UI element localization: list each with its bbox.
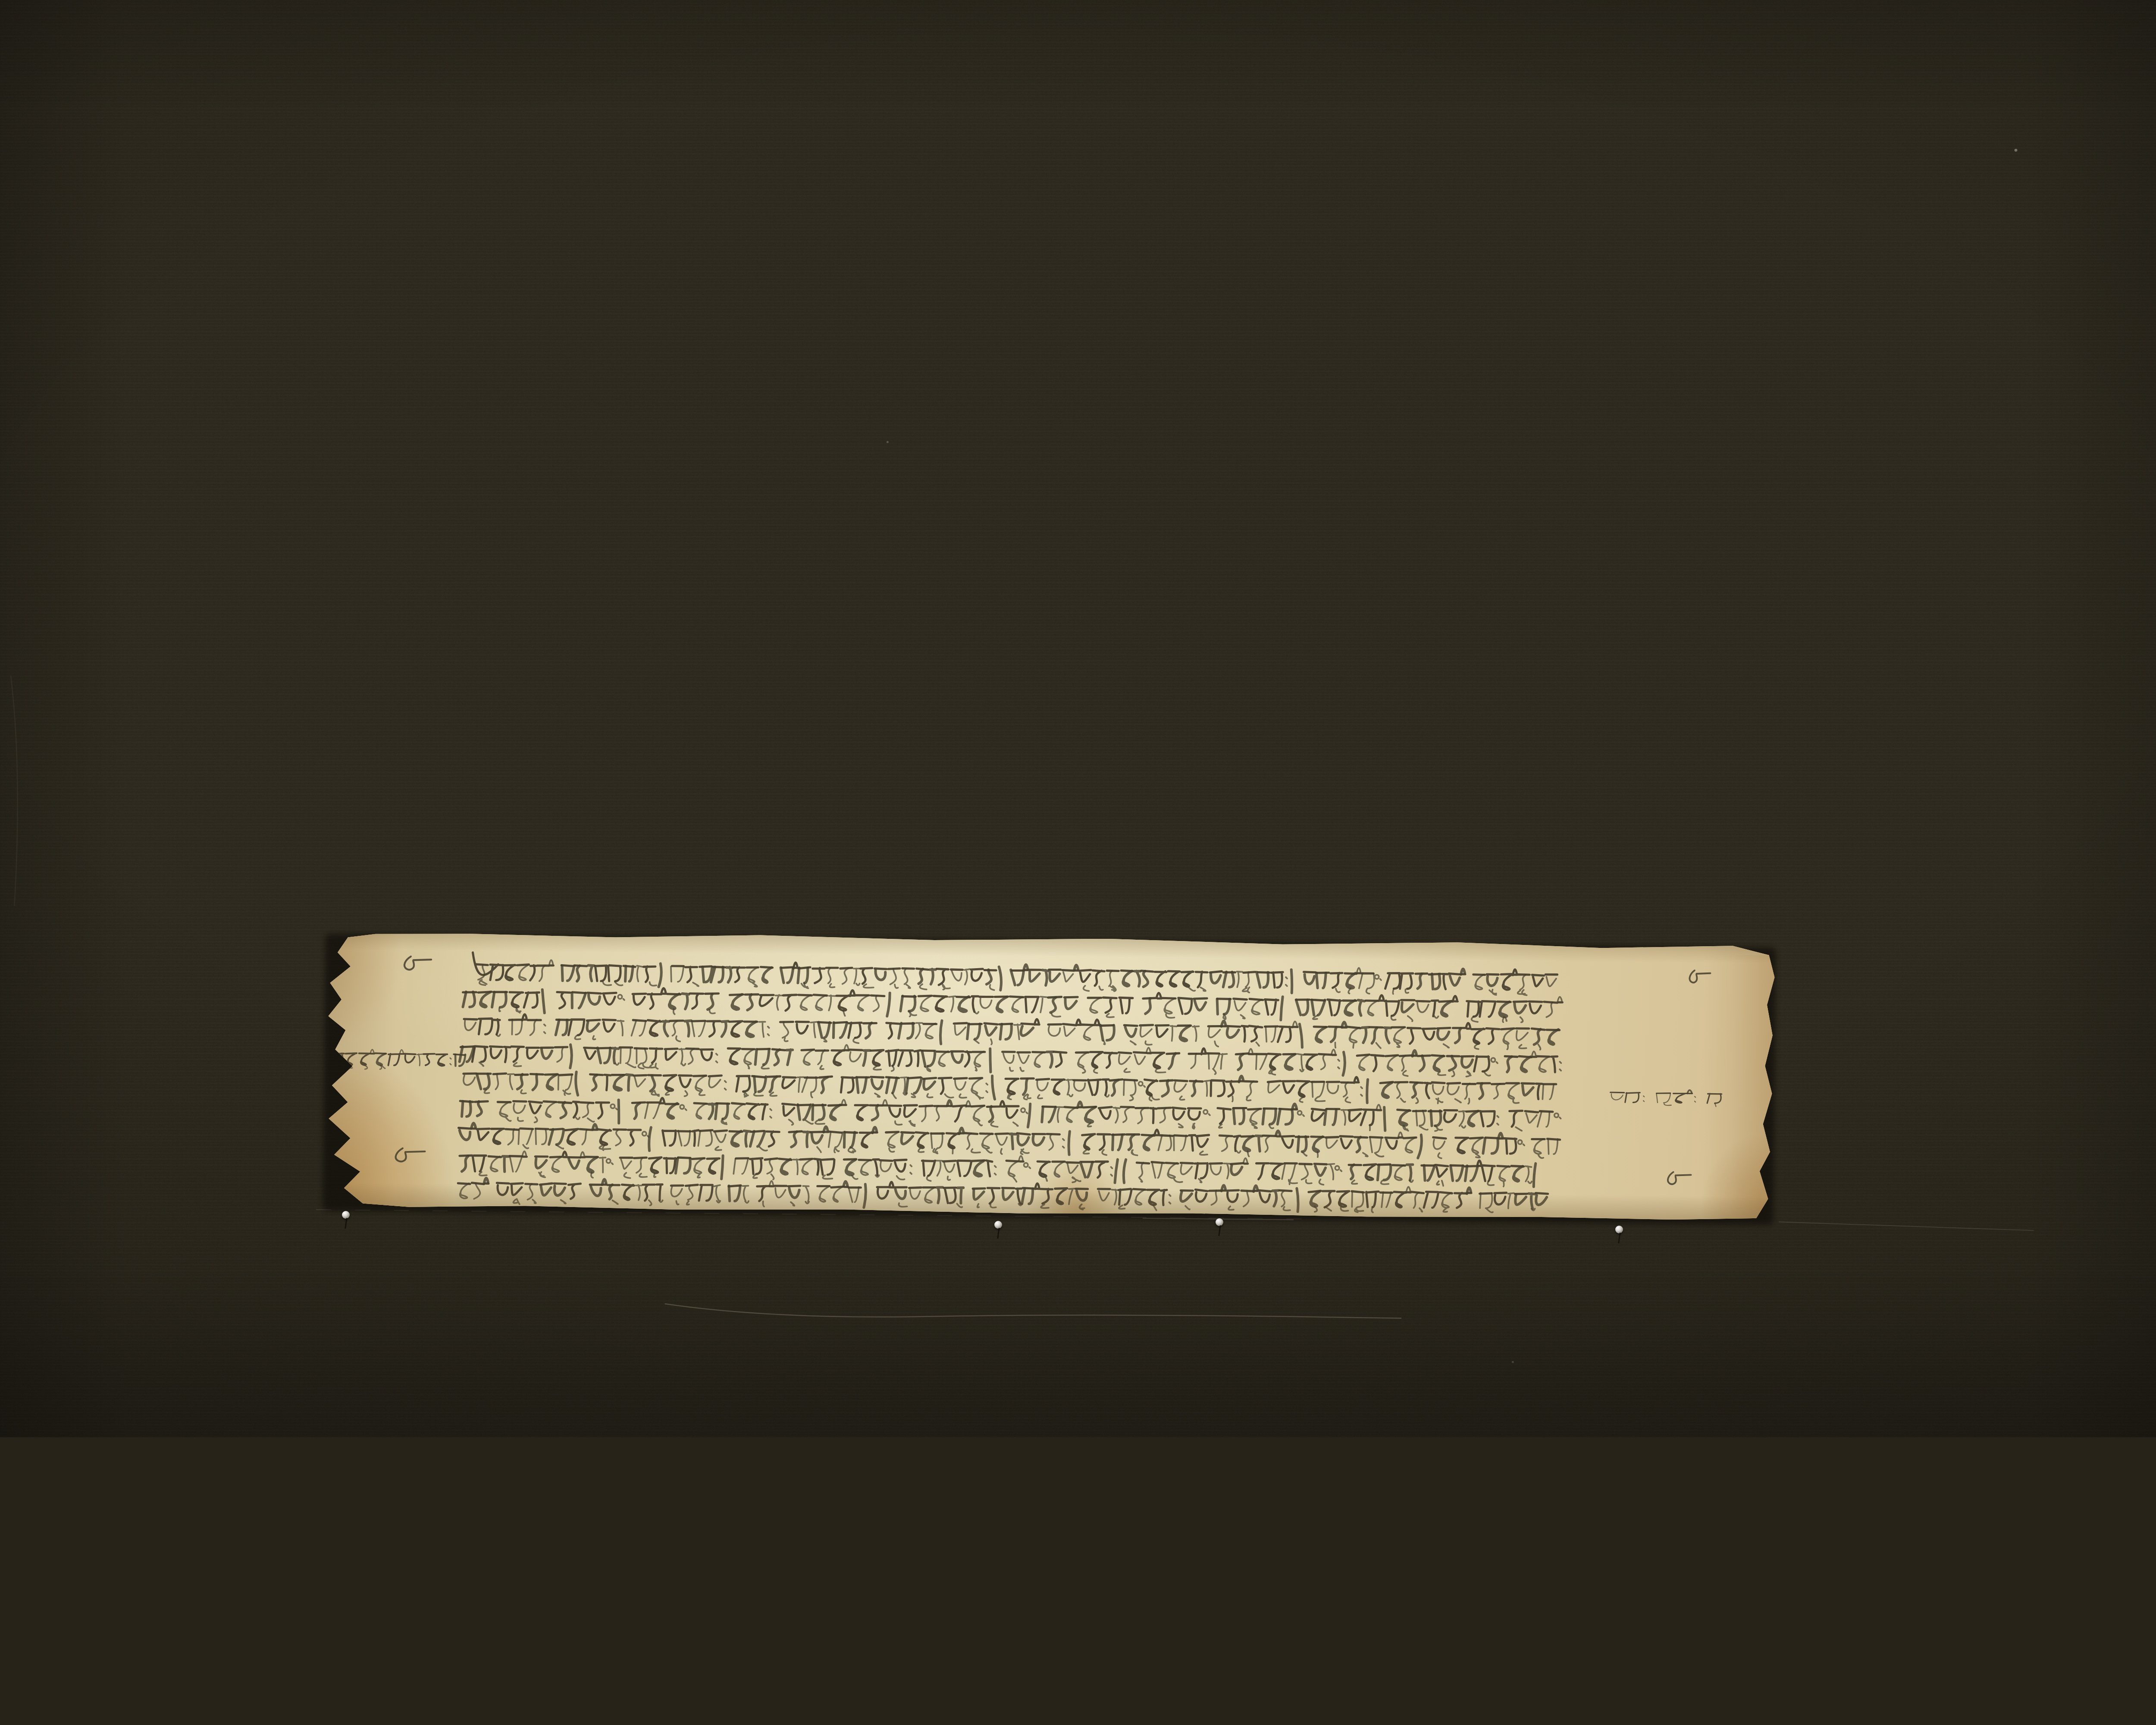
right-margin-folio-label: ২৬ঃ শ্রীঃ ৮ [1609,1088,1723,1108]
margin-mark-top-left: ৮ [400,954,432,972]
margin-mark-bottom-left: ৮ [391,1146,426,1165]
fastening-pin [342,1211,350,1219]
photograph: দ্রবতাবৈ পরাঙ্মুখান্। অভ্যধাবন্ত নিঘ্নন্… [0,0,2156,1437]
fastening-pin [994,1221,1002,1229]
fastening-pin [1615,1226,1623,1233]
left-margin-title: ৮শ্রীশ্রীভারতঃ৮ [332,1048,466,1071]
margin-mark-top-right: ৮ [1686,969,1711,985]
manuscript-folio: দ্রবতাবৈ পরাঙ্মুখান্। অভ্যধাবন্ত নিঘ্নন্… [322,930,1777,1221]
fastening-pin [1216,1218,1223,1226]
margin-mark-bottom-right: ৮ [1664,1170,1691,1187]
vignette [0,0,2156,1437]
